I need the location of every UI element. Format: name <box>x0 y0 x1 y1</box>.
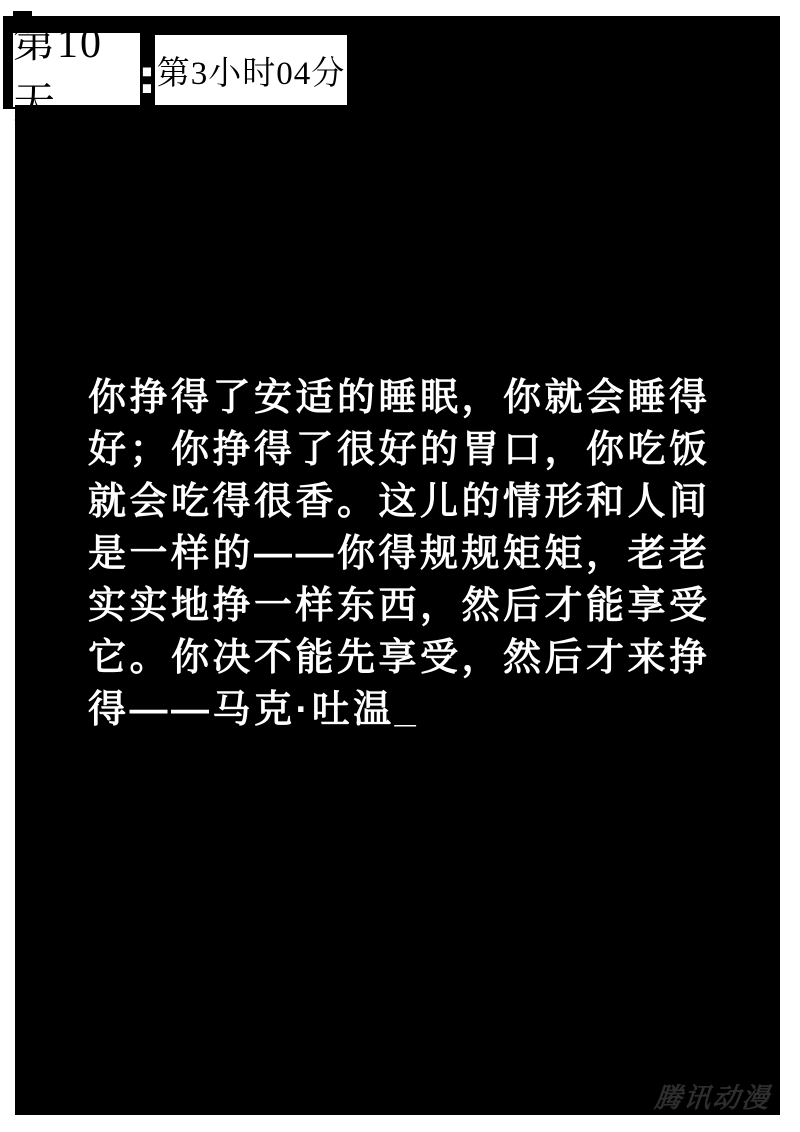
quote-line: 就会吃得很香。这儿的情形和人间 <box>88 476 748 528</box>
header-banner: 第10天 : 第3小时04分 <box>3 16 780 109</box>
quote-line: 是一样的——你得规规矩矩，老老 <box>88 528 748 580</box>
comic-page: 第10天 : 第3小时04分 你挣得了安适的睡眠，你就会睡得 好；你挣得了很好的… <box>0 0 800 1132</box>
tencent-comics-watermark: 腾讯动漫 <box>653 1076 773 1115</box>
quote-line: 实实地挣一样东西，然后才能享受 <box>88 580 748 632</box>
quote-line: 你挣得了安适的睡眠，你就会睡得 <box>88 372 748 424</box>
quote-text: 你挣得了安适的睡眠，你就会睡得 好；你挣得了很好的胃口，你吃饭 就会吃得很香。这… <box>88 372 748 736</box>
quote-line: 得——马克·吐温_ <box>88 684 748 736</box>
separator-colon: : <box>137 44 157 110</box>
day-label-box: 第10天 <box>13 33 140 107</box>
quote-line: 它。你决不能先享受，然后才来挣 <box>88 632 748 684</box>
time-label-box: 第3小时04分 <box>155 35 347 105</box>
quote-line: 好；你挣得了很好的胃口，你吃饭 <box>88 424 748 476</box>
comic-panel: 你挣得了安适的睡眠，你就会睡得 好；你挣得了很好的胃口，你吃饭 就会吃得很香。这… <box>15 105 780 1115</box>
time-label: 第3小时04分 <box>157 47 346 94</box>
